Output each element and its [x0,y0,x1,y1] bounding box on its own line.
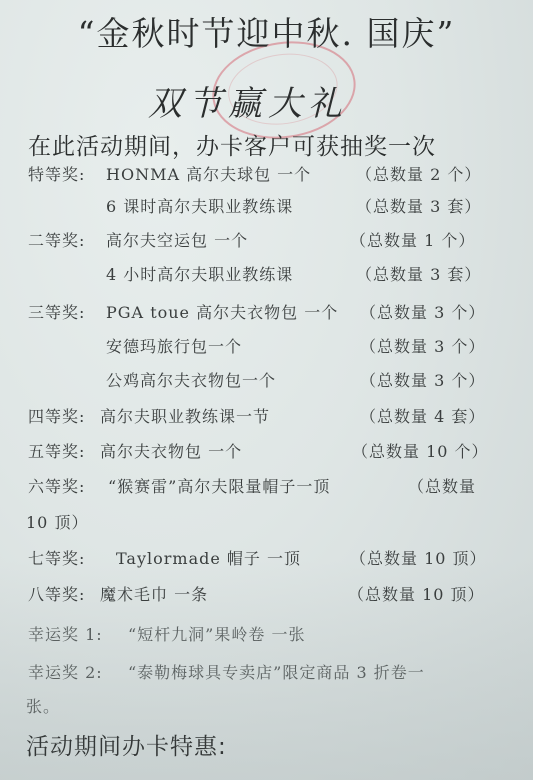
prize-quantity: （总数量 [408,474,476,497]
prize-quantity: （总数量 3 个） [360,334,485,357]
prize-item: 公鸡高尔夫衣物包一个 [106,368,276,391]
prize-label: 幸运奖 2: [28,660,103,683]
prize-item: HONMA 高尔夫球包 一个 [106,162,311,185]
prize-label: 幸运奖 1: [28,622,103,645]
prize-label: 四等奖: [28,404,85,427]
prize-label: 三等奖: [28,300,85,323]
prize-quantity: （总数量 10 顶） [348,582,485,605]
prize-quantity: （总数量 3 个） [360,300,485,323]
title-line-1: “金秋时节迎中秋. 国庆” [0,8,533,55]
prize-item: 10 顶） [26,510,88,533]
prize-label: 八等奖: [28,582,85,605]
prize-item: 张。 [26,694,60,717]
prize-item: “猴赛雷”高尔夫限量帽子一顶 [108,474,330,497]
prize-item: 高尔夫衣物包 一个 [100,439,242,462]
prize-item: 高尔夫空运包 一个 [106,228,248,251]
prize-item: PGA toue 高尔夫衣物包 一个 [106,300,338,323]
prize-quantity: （总数量 10 顶） [350,546,487,569]
prize-item: “短杆九洞”果岭卷 一张 [128,622,305,645]
prize-label: 七等奖: [28,546,85,569]
prize-label: 二等奖: [28,228,85,251]
footer-heading: 活动期间办卡特惠: [26,728,227,761]
prize-label: 特等奖: [28,162,85,185]
prize-item: “泰勒梅球具专卖店”限定商品 3 折卷一 [128,660,425,683]
prize-quantity: （总数量 3 个） [360,368,485,391]
prize-quantity: （总数量 1 个） [350,228,475,251]
prize-item: Taylormade 帽子 一顶 [116,546,301,569]
prize-item: 安德玛旅行包一个 [106,334,242,357]
prize-item: 魔术毛巾 一条 [100,582,208,605]
title-line-2: 双节赢大礼 [148,76,348,125]
prize-quantity: （总数量 2 个） [356,162,481,185]
prize-item: 高尔夫职业教练课一节 [100,404,270,427]
prize-label: 六等奖: [28,474,85,497]
prize-quantity: （总数量 3 套） [356,262,481,285]
intro-text: 在此活动期间，办卡客户可获抽奖一次 [28,128,436,161]
prize-item: 4 小时高尔夫职业教练课 [106,262,293,285]
prize-quantity: （总数量 10 个） [352,439,489,462]
prize-label: 五等奖: [28,439,85,462]
prize-quantity: （总数量 4 套） [360,404,485,427]
prize-quantity: （总数量 3 套） [356,194,481,217]
prize-item: 6 课时高尔夫职业教练课 [106,194,293,217]
